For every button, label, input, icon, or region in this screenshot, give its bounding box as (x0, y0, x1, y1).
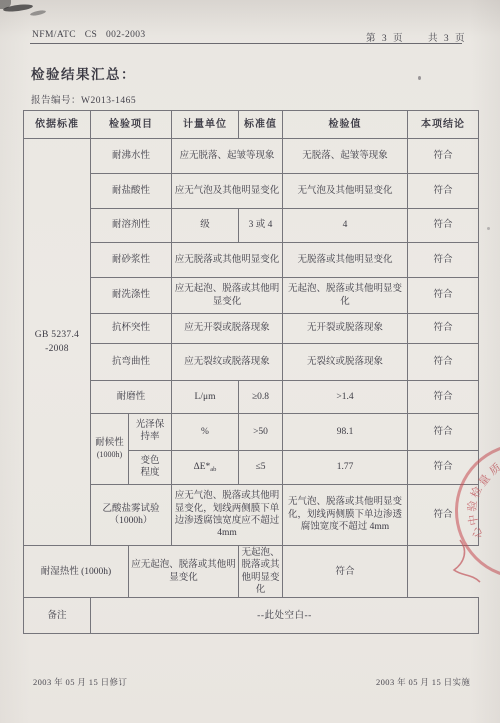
value-cell: >1.4 (283, 381, 408, 414)
item-cell: 耐溶剂性 (91, 209, 172, 243)
result-cell: 符合 (408, 174, 479, 209)
standard-cell: 3 或 4 (239, 209, 283, 243)
header-conclusion: 本项结论 (408, 111, 479, 139)
table-row: 耐盐酸性 应无气泡及其他明显变化 无气泡及其他明显变化 符合 (24, 174, 479, 209)
value-cell: 无裂纹或脱落现象 (283, 344, 408, 381)
value-cell: 无脱落或其他明显变化 (283, 243, 408, 278)
unit-cell: L/μm (172, 381, 239, 414)
header-rule (30, 43, 462, 44)
report-number-value: W2013-1465 (81, 96, 136, 106)
value-cell: 无起泡、脱落或其他明显变化 (239, 546, 283, 598)
value-cell: 1.77 (283, 451, 408, 485)
standard-cell: 应无裂纹或脱落现象 (172, 344, 283, 381)
basis-standard-cell: GB 5237.4 -2008 (24, 139, 91, 546)
standard-cell: 应无脱落或其他明显变化 (172, 243, 283, 278)
item-line2: 程度 (131, 468, 169, 480)
document-code: NFM/ATC CS 002-2003 (32, 30, 146, 40)
standard-cell: 应无气泡及其他明显变化 (172, 174, 283, 209)
total-pages: 共 3 页 (428, 30, 467, 44)
item-cell: 耐砂浆性 (91, 243, 172, 278)
item-line1: 光泽保 (131, 420, 169, 432)
item-cell: 乙酸盐雾试验（1000h） (91, 485, 172, 546)
header-standard: 标准值 (239, 111, 283, 139)
results-table: 依据标准 检验项目 计量单位 标准值 检验值 本项结论 GB 5237.4 -2… (23, 110, 479, 634)
stamp-character: 质 (485, 459, 500, 479)
item-line1: 变色 (131, 456, 169, 468)
item-cell: 耐洗涤性 (91, 278, 172, 314)
result-cell: 符合 (408, 243, 479, 278)
value-cell: 4 (283, 209, 408, 243)
value-cell: 无气泡、脱落或其他明显变化，划线两侧膜下单边渗透腐蚀宽度不超过 4mm (283, 485, 408, 546)
item-cell: 抗杯突性 (91, 314, 172, 344)
footer-revision-date: 2003 年 05 月 15 日修订 (33, 676, 127, 688)
value-cell: 98.1 (283, 414, 408, 451)
item-cell: 耐盐酸性 (91, 174, 172, 209)
remark-content-cell: --此处空白-- (91, 598, 479, 634)
result-cell: 符合 (408, 344, 479, 381)
table-row: 耐砂浆性 应无脱落或其他明显变化 无脱落或其他明显变化 符合 (24, 243, 479, 278)
table-row: 耐洗涤性 应无起泡、脱落或其他明显变化 无起泡、脱落或其他明显变化 符合 (24, 278, 479, 314)
report-number-label: 报告编号： (31, 96, 81, 106)
item-cell: 耐湿热性 (1000h) (24, 546, 129, 598)
weathering-group-hours: (1000h) (93, 450, 126, 460)
table-row: 耐候性 (1000h) 光泽保 持率 % >50 98.1 符合 (24, 414, 479, 451)
table-header-row: 依据标准 检验项目 计量单位 标准值 检验值 本项结论 (24, 111, 479, 139)
result-cell: 符合 (408, 485, 479, 546)
standard-cell: ≥0.8 (239, 381, 283, 414)
weathering-group-label: 耐候性 (93, 438, 126, 450)
item-cell: 光泽保 持率 (129, 414, 172, 451)
section-title: 检验结果汇总： (31, 63, 136, 83)
table-row: GB 5237.4 -2008 耐沸水性 应无脱落、起皱等现象 无脱落、起皱等现… (24, 139, 479, 174)
red-pen-mark (444, 538, 488, 586)
result-cell: 符合 (408, 414, 479, 451)
result-cell: 符合 (408, 451, 479, 485)
table-row: 抗弯曲性 应无裂纹或脱落现象 无裂纹或脱落现象 符合 (24, 344, 479, 381)
result-cell: 符合 (283, 546, 408, 598)
value-cell: 无气泡及其他明显变化 (283, 174, 408, 209)
standard-cell: ≤5 (239, 451, 283, 485)
scan-speck (487, 227, 490, 230)
standard-cell: >50 (239, 414, 283, 451)
table-row: 乙酸盐雾试验（1000h） 应无气泡、脱落或其他明显变化，划线两侧膜下单边渗透腐… (24, 485, 479, 546)
basis-line2: -2008 (26, 342, 88, 356)
result-cell: 符合 (408, 314, 479, 344)
item-cell: 耐沸水性 (91, 139, 172, 174)
value-cell: 无开裂或脱落现象 (283, 314, 408, 344)
footer-implementation-date: 2003 年 05 月 15 日实施 (376, 676, 470, 688)
result-cell: 符合 (408, 278, 479, 314)
header-basis: 依据标准 (24, 111, 91, 139)
result-cell: 符合 (408, 381, 479, 414)
unit-cell: ΔE*ab (172, 451, 239, 485)
table-row: 耐溶剂性 级 3 或 4 4 符合 (24, 209, 479, 243)
result-cell: 符合 (408, 139, 479, 174)
value-cell: 无脱落、起皱等现象 (283, 139, 408, 174)
standard-cell: 应无开裂或脱落现象 (172, 314, 283, 344)
item-cell: 抗弯曲性 (91, 344, 172, 381)
scan-smudge (30, 9, 46, 16)
basis-line1: GB 5237.4 (26, 328, 88, 342)
header-value: 检验值 (283, 111, 408, 139)
standard-cell: 应无起泡、脱落或其他明显变化 (172, 278, 283, 314)
page-number: 第 3 页 (366, 30, 405, 44)
unit-cell: 级 (172, 209, 239, 243)
scanned-report-page: NFM/ATC CS 002-2003 第 3 页 共 3 页 检验结果汇总： … (0, 0, 500, 723)
unit-symbol: ΔE* (194, 462, 211, 472)
weathering-group-cell: 耐候性 (1000h) (91, 414, 129, 485)
item-line2: 持率 (131, 432, 169, 444)
report-number-line: 报告编号：W2013-1465 (31, 92, 136, 106)
remark-label-cell: 备注 (24, 598, 91, 634)
value-cell: 无起泡、脱落或其他明显变化 (283, 278, 408, 314)
remark-row: 备注 --此处空白-- (24, 598, 479, 634)
table-row: 耐湿热性 (1000h) 应无起泡、脱落或其他明显变化 无起泡、脱落或其他明显变… (24, 546, 479, 598)
standard-cell: 应无起泡、脱落或其他明显变化 (129, 546, 239, 598)
header-item: 检验项目 (91, 111, 172, 139)
standard-cell: 应无气泡、脱落或其他明显变化，划线两侧膜下单边渗透腐蚀宽度应不超过 4mm (172, 485, 283, 546)
item-cell: 耐磨性 (91, 381, 172, 414)
table-row: 耐磨性 L/μm ≥0.8 >1.4 符合 (24, 381, 479, 414)
header-unit: 计量单位 (172, 111, 239, 139)
result-cell: 符合 (408, 209, 479, 243)
standard-cell: 应无脱落、起皱等现象 (172, 139, 283, 174)
scan-speck (418, 76, 421, 80)
item-cell: 变色 程度 (129, 451, 172, 485)
unit-cell: % (172, 414, 239, 451)
table-row: 抗杯突性 应无开裂或脱落现象 无开裂或脱落现象 符合 (24, 314, 479, 344)
unit-subscript: ab (210, 466, 216, 473)
